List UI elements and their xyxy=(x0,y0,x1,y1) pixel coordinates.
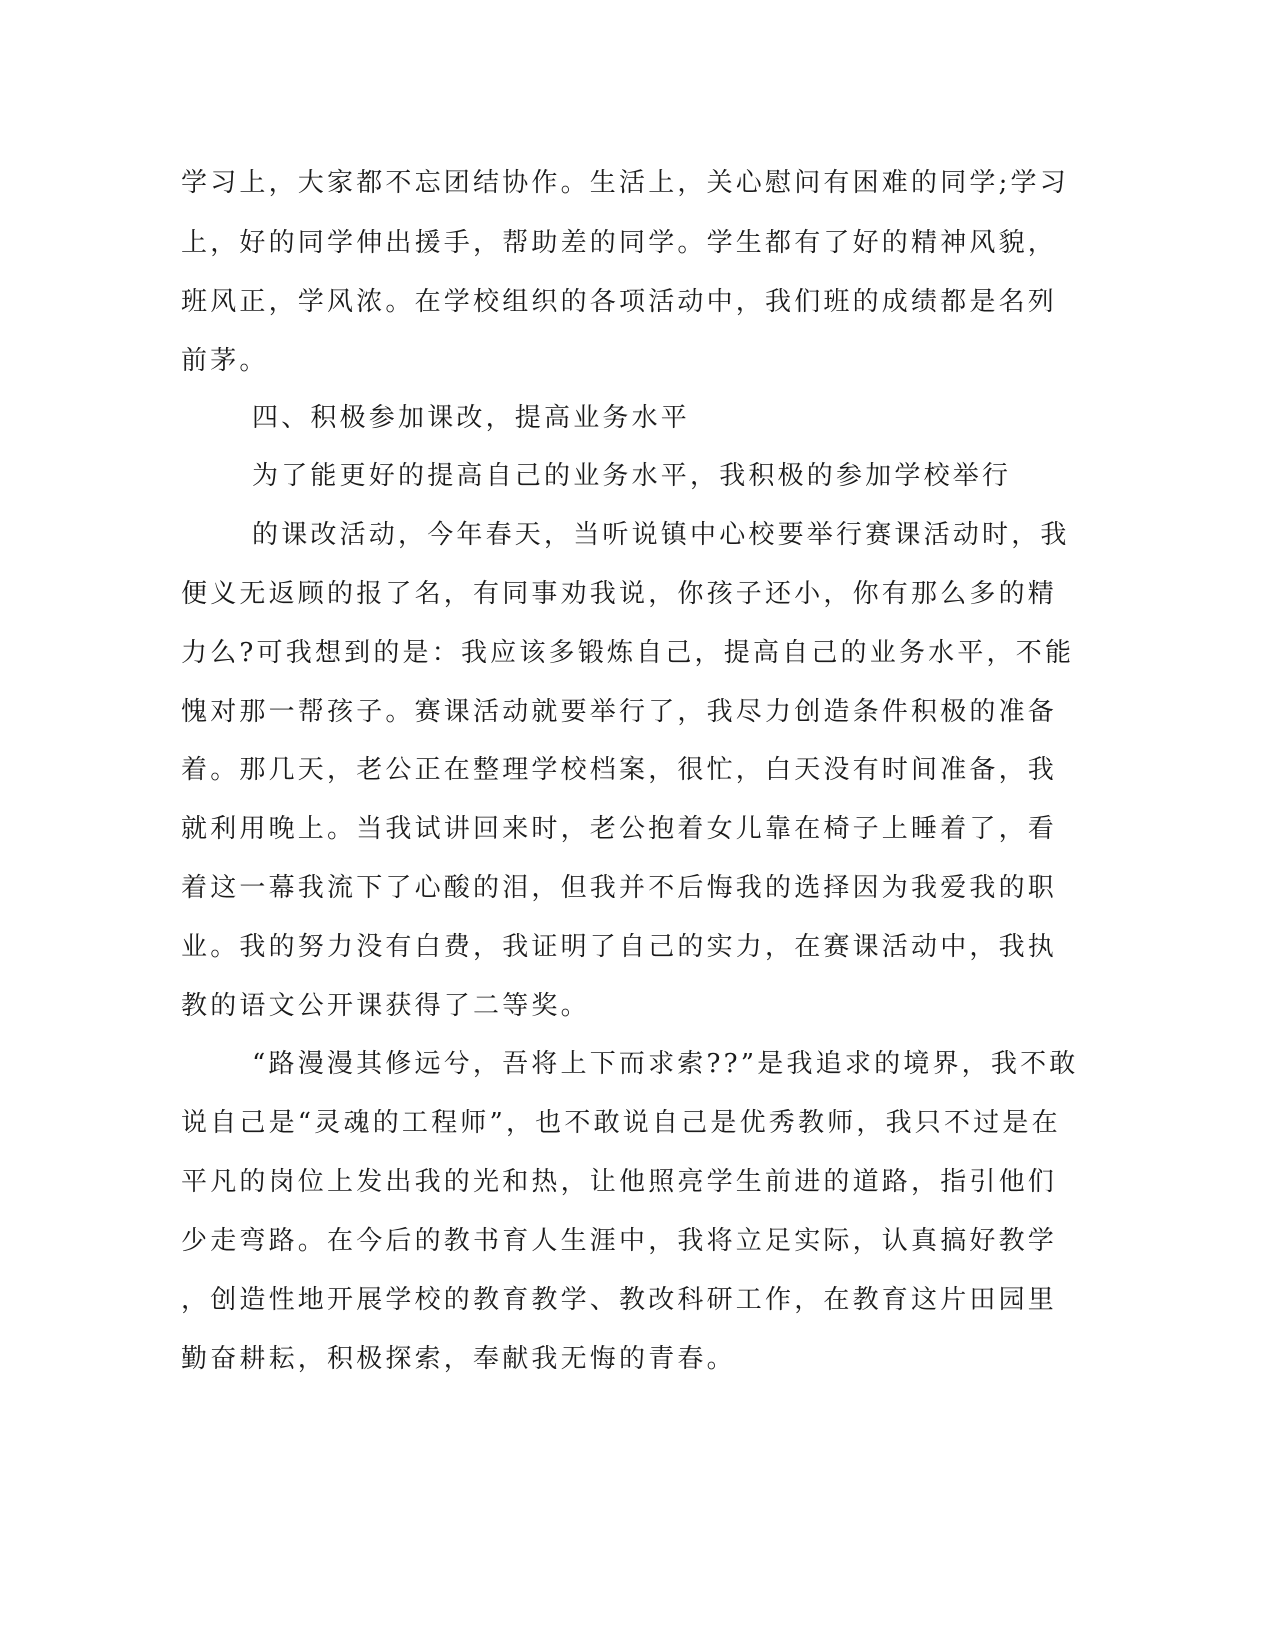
text-line: 上，好的同学伸出援手，帮助差的同学。学生都有了好的精神风貌， xyxy=(181,227,1057,259)
text-line: 就利用晚上。当我试讲回来时，老公抱着女儿靠在椅子上睡着了，看 xyxy=(181,813,1057,845)
text-line: 着这一幕我流下了心酸的泪，但我并不后悔我的选择因为我爱我的职 xyxy=(181,872,1057,904)
text-line: 班风正，学风浓。在学校组织的各项活动中，我们班的成绩都是名列 xyxy=(181,286,1057,318)
text-line: 愧对那一帮孩子。赛课活动就要举行了，我尽力创造条件积极的准备 xyxy=(181,696,1057,728)
text-line: “路漫漫其修远兮，吾将上下而求索??”是我追求的境界，我不敢 xyxy=(252,1048,1078,1080)
text-line: 的课改活动，今年春天，当听说镇中心校要举行赛课活动时，我 xyxy=(252,519,1070,551)
text-line: 少走弯路。在今后的教书育人生涯中，我将立足实际，认真搞好教学 xyxy=(181,1225,1057,1257)
text-line: 业。我的努力没有白费，我证明了自己的实力，在赛课活动中，我执 xyxy=(181,931,1057,963)
text-line: 便义无返顾的报了名，有同事劝我说，你孩子还小，你有那么多的精 xyxy=(181,578,1057,610)
text-line: 教的语文公开课获得了二等奖。 xyxy=(181,990,590,1022)
text-line: 学习上，大家都不忘团结协作。生活上，关心慰问有困难的同学;学习 xyxy=(181,167,1069,199)
text-line: 平凡的岗位上发出我的光和热，让他照亮学生前进的道路，指引他们 xyxy=(181,1166,1057,1198)
document-page: 学习上，大家都不忘团结协作。生活上，关心慰问有困难的同学;学习 上，好的同学伸出… xyxy=(0,0,1275,1650)
text-line: 为了能更好的提高自己的业务水平，我积极的参加学校举行 xyxy=(252,460,1011,492)
text-line: ，创造性地开展学校的教育教学、教改科研工作，在教育这片田园里 xyxy=(181,1284,1057,1316)
section-heading: 四、积极参加课改，提高业务水平 xyxy=(252,402,690,434)
text-line: 前茅。 xyxy=(181,345,269,377)
text-line: 力么?可我想到的是：我应该多锻炼自己，提高自己的业务水平，不能 xyxy=(181,637,1074,669)
text-line: 说自己是“灵魂的工程师”，也不敢说自己是优秀教师，我只不过是在 xyxy=(181,1107,1061,1139)
text-line: 着。那几天，老公正在整理学校档案，很忙，白天没有时间准备，我 xyxy=(181,754,1057,786)
text-line: 勤奋耕耘，积极探索，奉献我无悔的青春。 xyxy=(181,1343,736,1375)
